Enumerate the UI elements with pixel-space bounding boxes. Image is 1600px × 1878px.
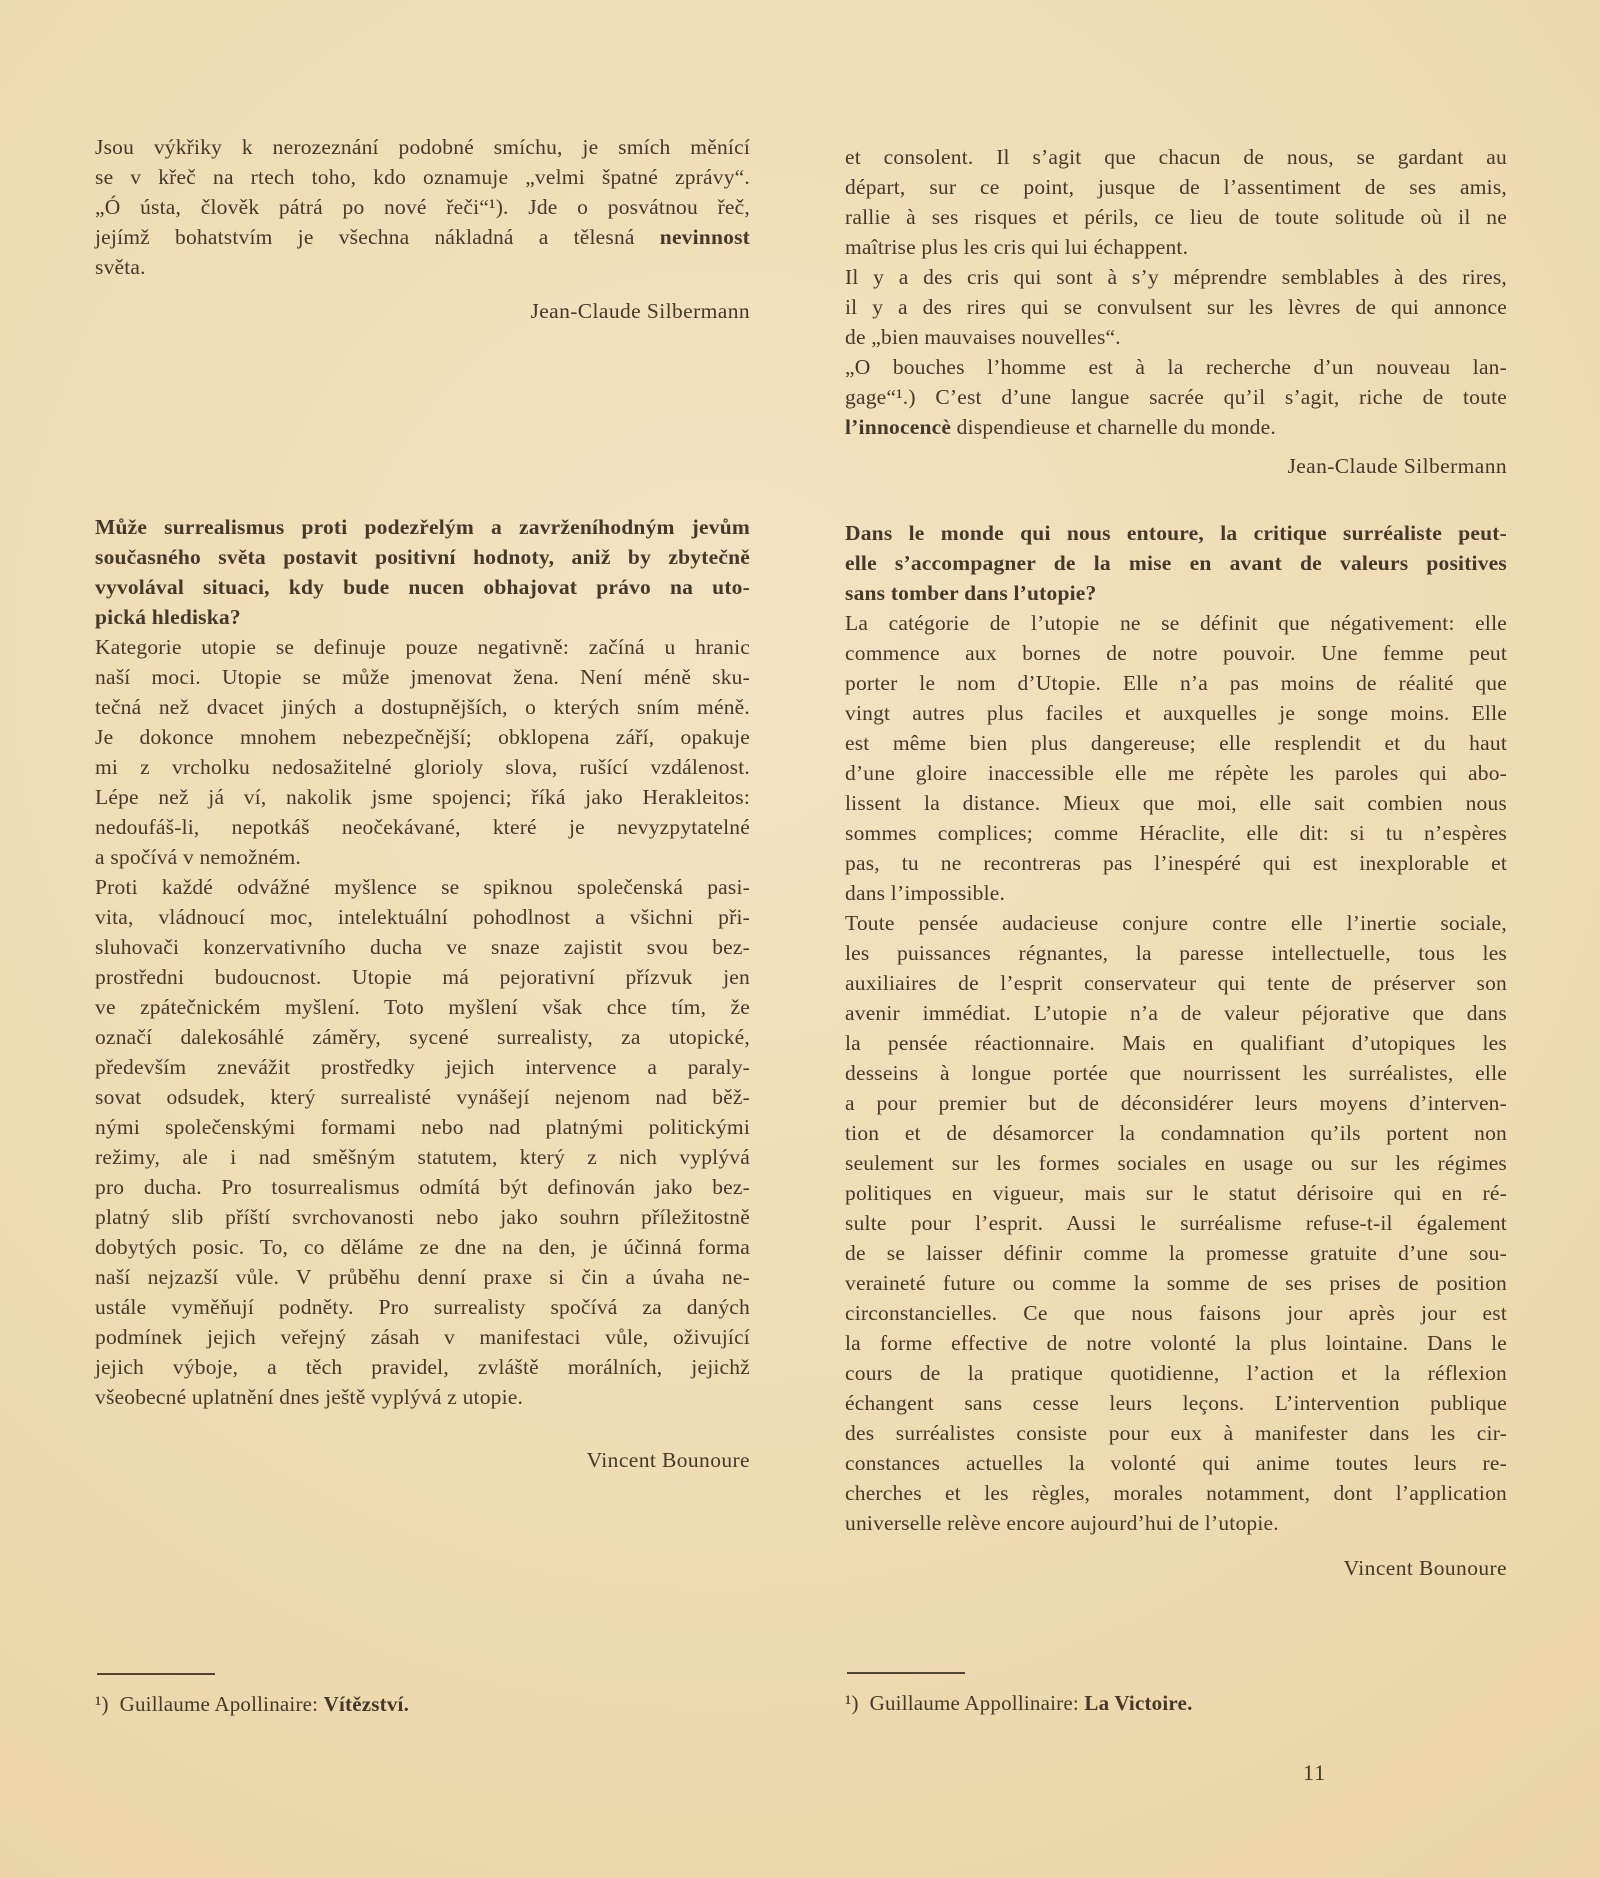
text: gage“¹.) C’est d’une langue sacrée qu’il… (845, 385, 1507, 409)
text: sans tomber dans l’utopie? (845, 581, 1097, 605)
text: auxiliaires de l’esprit conservateur qui… (845, 971, 1507, 995)
text-line: Il y a des cris qui sont à s’y méprendre… (845, 262, 1507, 292)
text: de se laisser définir comme la promesse … (845, 1241, 1507, 1265)
text-line: Dans le monde qui nous entoure, la criti… (845, 518, 1507, 548)
text-line: Jsou výkřiky k nerozeznání podobné smích… (95, 132, 750, 162)
text-line: sommes complices; comme Héraclite, elle … (845, 818, 1507, 848)
text: nedoufáš-li, nepotkáš neočekávané, které… (95, 815, 750, 839)
text-line: ve zpátečnickém myšlení. Toto myšlení vš… (95, 992, 750, 1022)
text-line: platný slib příští svrchovanosti nebo ja… (95, 1202, 750, 1232)
text-line: Toute pensée audacieuse conjure contre e… (845, 908, 1507, 938)
text-line: tion et de désamorcer la condamnation qu… (845, 1118, 1507, 1148)
text-line: et consolent. Il s’agit que chacun de no… (845, 142, 1507, 172)
text: dans l’impossible. (845, 881, 1005, 905)
text-line: režimy, ale i nad směšným statutem, kter… (95, 1142, 750, 1172)
text-line: lissent la distance. Mieux que moi, elle… (845, 788, 1507, 818)
text: vingt autres plus faciles et auxquelles … (845, 701, 1507, 725)
bold-text: La Victoire. (1084, 1691, 1192, 1715)
text: tion et de désamorcer la condamnation qu… (845, 1121, 1507, 1145)
text: avenir immédiat. L’utopie n’a de valeur … (845, 1001, 1507, 1025)
text-line: označí dalekosáhlé záměry, sycené surrea… (95, 1022, 750, 1052)
text: La catégorie de l’utopie ne se définit q… (845, 611, 1507, 635)
text: maîtrise plus les cris qui lui échappent… (845, 235, 1188, 259)
text-line: prostředni budoucnost. Utopie má pejorat… (95, 962, 750, 992)
text-line: naší moci. Utopie se může jmenovat žena.… (95, 662, 750, 692)
text: „Ó ústa, člověk pátrá po nové řeči“¹). J… (95, 195, 750, 219)
text: est même bien plus dangereuse; elle resp… (845, 731, 1507, 755)
text-line: est même bien plus dangereuse; elle resp… (845, 728, 1507, 758)
text-line: jejímž bohatstvím je všechna nákladná a … (95, 222, 750, 252)
text: Kategorie utopie se definuje pouze negat… (95, 635, 750, 659)
text: označí dalekosáhlé záměry, sycené surrea… (95, 1025, 750, 1049)
text-line: se v křeč na rtech toho, kdo oznamuje „v… (95, 162, 750, 192)
text-line: rallie à ses risques et périls, ce lieu … (845, 202, 1507, 232)
text: porter le nom d’Utopie. Elle n’a pas moi… (845, 671, 1507, 695)
text: cours de la pratique quotidienne, l’acti… (845, 1361, 1507, 1385)
text: sulte pour l’esprit. Aussi le surréalism… (845, 1211, 1507, 1235)
text: Il y a des cris qui sont à s’y méprendre… (845, 265, 1507, 289)
text-line: la forme effective de notre volonté la p… (845, 1328, 1507, 1358)
text: dispendieuse et charnelle du monde. (951, 415, 1276, 439)
text: jejich výboje, a těch pravidel, zvláště … (95, 1355, 750, 1379)
text-line: auxiliaires de l’esprit conservateur qui… (845, 968, 1507, 998)
text: vita, vládnoucí moc, intelektuální pohod… (95, 905, 750, 929)
text: a pour premier but de déconsidérer leurs… (845, 1091, 1507, 1115)
text: pická hlediska? (95, 605, 241, 629)
text-line: pická hlediska? (95, 602, 750, 632)
text: rallie à ses risques et périls, ce lieu … (845, 205, 1507, 229)
text: podmínek jejich veřejný zásah v manifest… (95, 1325, 750, 1349)
text-line: světa. (95, 252, 750, 282)
text-line: Kategorie utopie se definuje pouze negat… (95, 632, 750, 662)
text-line: sluhovači konzervativního ducha ve snaze… (95, 932, 750, 962)
footnote-rule (97, 1673, 215, 1675)
text-line: dans l’impossible. (845, 878, 1507, 908)
text: současného světa postavit positivní hodn… (95, 545, 750, 569)
text: Může surrealismus proti podezřelým a zav… (95, 515, 750, 539)
text: tečná než dvacet jiných a dostupnějších,… (95, 695, 750, 719)
french-footnote: ¹) Guillaume Appollinaire: La Victoire. (845, 1672, 1507, 1718)
text: a spočívá v nemožném. (95, 845, 301, 869)
text: seulement sur les formes sociales en usa… (845, 1151, 1507, 1175)
text: pro ducha. Pro tosurrealismus odmítá být… (95, 1175, 750, 1199)
text: départ, sur ce point, jusque de l’assent… (845, 175, 1507, 199)
text-line: pro ducha. Pro tosurrealismus odmítá být… (95, 1172, 750, 1202)
text: sommes complices; comme Héraclite, elle … (845, 821, 1507, 845)
text-line: seulement sur les formes sociales en usa… (845, 1148, 1507, 1178)
text: sovat odsudek, který surrealisté vynášej… (95, 1085, 750, 1109)
text: nými společenskými formami nebo nad plat… (95, 1115, 750, 1139)
text-line: vita, vládnoucí moc, intelektuální pohod… (95, 902, 750, 932)
text: především znevážit prostředky jejich int… (95, 1055, 750, 1079)
text: ¹) Guillaume Appollinaire: (845, 1691, 1084, 1715)
text-line: jejich výboje, a těch pravidel, zvláště … (95, 1352, 750, 1382)
text-line: Proti každé odvážné myšlence se spiknou … (95, 872, 750, 902)
text-line: maîtrise plus les cris qui lui échappent… (845, 232, 1507, 262)
text-line: La catégorie de l’utopie ne se définit q… (845, 608, 1507, 638)
text-line: desseins à longue portée que nourrissent… (845, 1058, 1507, 1088)
text-line: sulte pour l’esprit. Aussi le surréalism… (845, 1208, 1507, 1238)
text: constances actuelles la volonté qui anim… (845, 1451, 1507, 1475)
text-line: tečná než dvacet jiných a dostupnějších,… (95, 692, 750, 722)
text: sluhovači konzervativního ducha ve snaze… (95, 935, 750, 959)
text-line: ustále vyměňují podněty. Pro surrealisty… (95, 1292, 750, 1322)
text-line: všeobecné uplatnění dnes ještě vyplývá z… (95, 1382, 750, 1412)
text: Je dokonce mnohem nebezpečnější; obklope… (95, 725, 750, 749)
text-line: vyvolával situaci, kdy bude nucen obhajo… (95, 572, 750, 602)
text-line: naší nejzazší vůle. V průběhu denní prax… (95, 1262, 750, 1292)
text: des surréalistes consiste pour eux à man… (845, 1421, 1507, 1445)
text: se v křeč na rtech toho, kdo oznamuje „v… (95, 165, 750, 189)
text-line: circonstancielles. Ce que nous faisons j… (845, 1298, 1507, 1328)
french-intro-paragraph: et consolent. Il s’agit que chacun de no… (845, 142, 1507, 442)
text-line: universelle relève encore aujourd’hui de… (845, 1508, 1507, 1538)
text: jejímž bohatstvím je všechna nákladná a … (95, 225, 660, 249)
text: naší nejzazší vůle. V průběhu denní prax… (95, 1265, 750, 1289)
text: desseins à longue portée que nourrissent… (845, 1061, 1507, 1085)
text: échangent sans cesse leurs leçons. L’int… (845, 1391, 1507, 1415)
text-line: il y a des rires qui se convulsent sur l… (845, 292, 1507, 322)
text: cherches et les règles, morales notammen… (845, 1481, 1507, 1505)
attribution-bounoure-fr: Vincent Bounoure (845, 1553, 1507, 1583)
text-line: nedoufáš-li, nepotkáš neočekávané, které… (95, 812, 750, 842)
author-name: Jean-Claude Silbermann (530, 299, 750, 323)
text: d’une gloire inaccessible elle me répète… (845, 761, 1507, 785)
text-line: vingt autres plus faciles et auxquelles … (845, 698, 1507, 728)
text: Dans le monde qui nous entoure, la criti… (845, 521, 1507, 545)
text: režimy, ale i nad směšným statutem, kter… (95, 1145, 750, 1169)
footnote-rule (847, 1672, 965, 1674)
czech-intro-paragraph: Jsou výkřiky k nerozeznání podobné smích… (95, 132, 750, 282)
text: de „bien mauvaises nouvelles“. (845, 325, 1121, 349)
text: ve zpátečnickém myšlení. Toto myšlení vš… (95, 995, 750, 1019)
scanned-book-page: Jsou výkřiky k nerozeznání podobné smích… (0, 0, 1600, 1878)
bold-text: nevinnost (660, 225, 750, 249)
author-name: Jean-Claude Silbermann (1287, 454, 1507, 478)
text-line: la pensée réactionnaire. Mais en qualifi… (845, 1028, 1507, 1058)
text-line: cours de la pratique quotidienne, l’acti… (845, 1358, 1507, 1388)
text: la forme effective de notre volonté la p… (845, 1331, 1507, 1355)
text: dobytých posic. To, co děláme ze dne na … (95, 1235, 750, 1259)
text-line: politiques en vigueur, mais sur le statu… (845, 1178, 1507, 1208)
text-line: sovat odsudek, který surrealisté vynášej… (95, 1082, 750, 1112)
text-line: constances actuelles la volonté qui anim… (845, 1448, 1507, 1478)
text-line: nými společenskými formami nebo nad plat… (95, 1112, 750, 1142)
text-line: Je dokonce mnohem nebezpečnější; obklope… (95, 722, 750, 752)
text: elle s’accompagner de la mise en avant d… (845, 551, 1507, 575)
text: vyvolával situaci, kdy bude nucen obhajo… (95, 575, 750, 599)
text-line: sans tomber dans l’utopie? (845, 578, 1507, 608)
czech-question: Může surrealismus proti podezřelým a zav… (95, 512, 750, 632)
text-line: především znevážit prostředky jejich int… (95, 1052, 750, 1082)
page-number: 11 (1303, 1760, 1326, 1786)
text-line: pas, tu ne recontreras pas l’inespéré qu… (845, 848, 1507, 878)
text: platný slib příští svrchovanosti nebo ja… (95, 1205, 750, 1229)
text: circonstancielles. Ce que nous faisons j… (845, 1301, 1507, 1325)
text-line: avenir immédiat. L’utopie n’a de valeur … (845, 998, 1507, 1028)
text-line: l’innocencè dispendieuse et charnelle du… (845, 412, 1507, 442)
text: pas, tu ne recontreras pas l’inespéré qu… (845, 851, 1507, 875)
text-line: „O bouches l’homme est à la recherche d’… (845, 352, 1507, 382)
text-line: porter le nom d’Utopie. Elle n’a pas moi… (845, 668, 1507, 698)
text: et consolent. Il s’agit que chacun de no… (845, 145, 1507, 169)
text: Lépe než já ví, nakolik jsme spojenci; ř… (95, 785, 750, 809)
text: Toute pensée audacieuse conjure contre e… (845, 911, 1507, 935)
attribution-silbermann-cz: Jean-Claude Silbermann (95, 296, 750, 326)
text: prostředni budoucnost. Utopie má pejorat… (95, 965, 750, 989)
french-answer-paragraph: La catégorie de l’utopie ne se définit q… (845, 608, 1507, 1538)
text-line: Lépe než já ví, nakolik jsme spojenci; ř… (95, 782, 750, 812)
text-line: ¹) Guillaume Apollinaire: Vítězství. (95, 1689, 750, 1719)
text-line: dobytých posic. To, co děláme ze dne na … (95, 1232, 750, 1262)
right-column-french: et consolent. Il s’agit que chacun de no… (845, 142, 1507, 1718)
text-line: de „bien mauvaises nouvelles“. (845, 322, 1507, 352)
text-line: départ, sur ce point, jusque de l’assent… (845, 172, 1507, 202)
text-line: gage“¹.) C’est d’une langue sacrée qu’il… (845, 382, 1507, 412)
text: naší moci. Utopie se může jmenovat žena.… (95, 665, 750, 689)
czech-answer-paragraph: Kategorie utopie se definuje pouze negat… (95, 632, 750, 1412)
text: politiques en vigueur, mais sur le statu… (845, 1181, 1507, 1205)
text: veraineté future ou comme la somme de se… (845, 1271, 1507, 1295)
text: les puissances régnantes, la paresse int… (845, 941, 1507, 965)
french-question: Dans le monde qui nous entoure, la criti… (845, 518, 1507, 608)
text-line: commence aux bornes de notre pouvoir. Un… (845, 638, 1507, 668)
text: il y a des rires qui se convulsent sur l… (845, 295, 1507, 319)
text: universelle relève encore aujourd’hui de… (845, 1511, 1279, 1535)
text-line: současného světa postavit positivní hodn… (95, 542, 750, 572)
text: commence aux bornes de notre pouvoir. Un… (845, 641, 1507, 665)
attribution-silbermann-fr: Jean-Claude Silbermann (845, 451, 1507, 481)
bold-text: Vítězství. (324, 1692, 409, 1716)
author-name: Vincent Bounoure (1344, 1556, 1507, 1580)
text: lissent la distance. Mieux que moi, elle… (845, 791, 1507, 815)
text-line: échangent sans cesse leurs leçons. L’int… (845, 1388, 1507, 1418)
left-column-czech: Jsou výkřiky k nerozeznání podobné smích… (95, 132, 750, 1719)
text-line: les puissances régnantes, la paresse int… (845, 938, 1507, 968)
text: la pensée réactionnaire. Mais en qualifi… (845, 1031, 1507, 1055)
czech-footnote: ¹) Guillaume Apollinaire: Vítězství. (95, 1673, 750, 1719)
text-line: podmínek jejich veřejný zásah v manifest… (95, 1322, 750, 1352)
author-name: Vincent Bounoure (587, 1448, 750, 1472)
text: mi z vrcholku nedosažitelné glorioly slo… (95, 755, 750, 779)
text: „O bouches l’homme est à la recherche d’… (845, 355, 1507, 379)
text: ¹) Guillaume Apollinaire: (95, 1692, 324, 1716)
text-line: a spočívá v nemožném. (95, 842, 750, 872)
text-line: veraineté future ou comme la somme de se… (845, 1268, 1507, 1298)
text: ustále vyměňují podněty. Pro surrealisty… (95, 1295, 750, 1319)
text: Proti každé odvážné myšlence se spiknou … (95, 875, 750, 899)
text: všeobecné uplatnění dnes ještě vyplývá z… (95, 1385, 523, 1409)
text-line: d’une gloire inaccessible elle me répète… (845, 758, 1507, 788)
text-line: Může surrealismus proti podezřelým a zav… (95, 512, 750, 542)
text-line: a pour premier but de déconsidérer leurs… (845, 1088, 1507, 1118)
text: Jsou výkřiky k nerozeznání podobné smích… (95, 135, 750, 159)
attribution-bounoure-cz: Vincent Bounoure (95, 1445, 750, 1475)
text-line: de se laisser définir comme la promesse … (845, 1238, 1507, 1268)
text: světa. (95, 255, 146, 279)
text-line: elle s’accompagner de la mise en avant d… (845, 548, 1507, 578)
text-line: cherches et les règles, morales notammen… (845, 1478, 1507, 1508)
text-line: „Ó ústa, člověk pátrá po nové řeči“¹). J… (95, 192, 750, 222)
text-line: des surréalistes consiste pour eux à man… (845, 1418, 1507, 1448)
bold-text: l’innocencè (845, 415, 951, 439)
text-line: mi z vrcholku nedosažitelné glorioly slo… (95, 752, 750, 782)
text-line: ¹) Guillaume Appollinaire: La Victoire. (845, 1688, 1507, 1718)
